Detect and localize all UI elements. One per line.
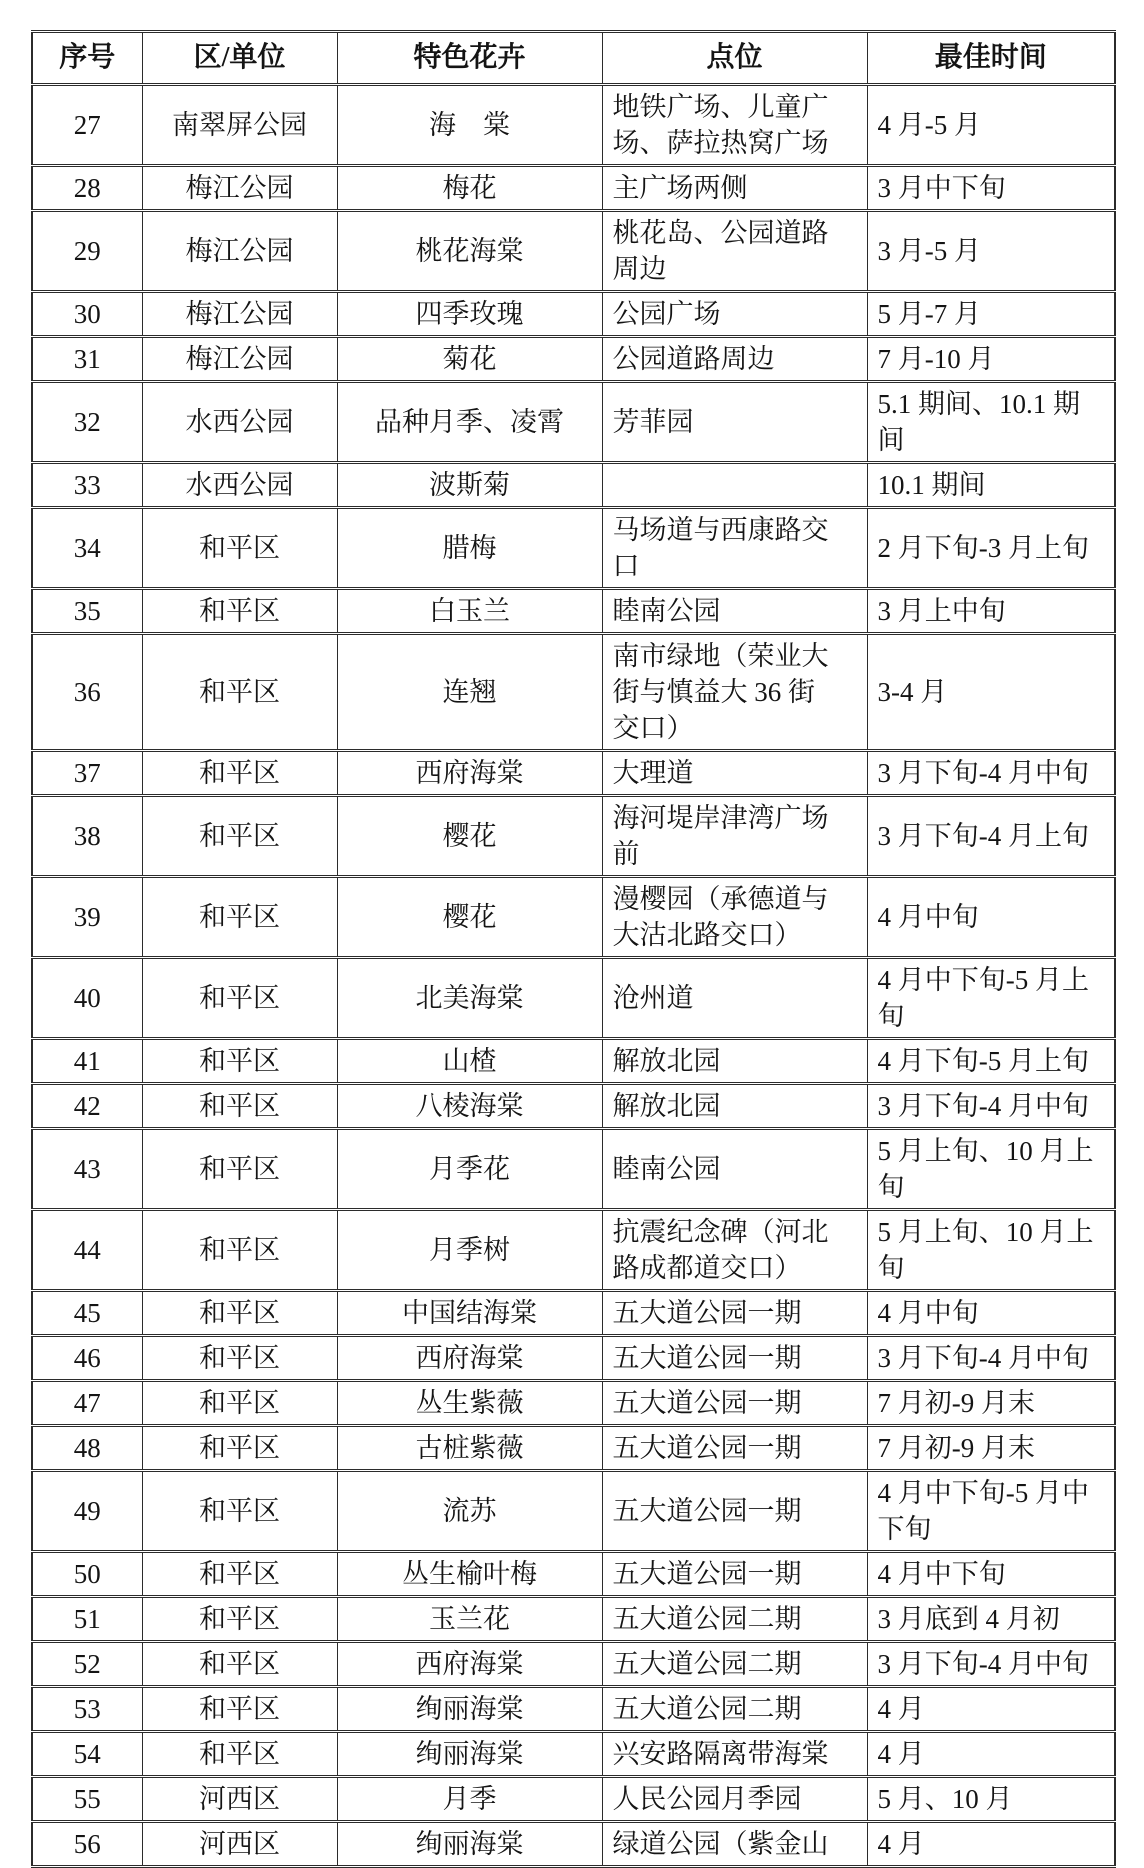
cell-location: 五大道公园一期 bbox=[602, 1426, 867, 1471]
table-row: 52和平区西府海棠五大道公园二期3 月下旬-4 月中旬 bbox=[32, 1642, 1115, 1687]
cell-unit: 梅江公园 bbox=[142, 292, 337, 337]
cell-flower: 西府海棠 bbox=[337, 751, 602, 796]
cell-location: 芳菲园 bbox=[602, 382, 867, 463]
cell-location: 解放北园 bbox=[602, 1039, 867, 1084]
cell-unit: 和平区 bbox=[142, 1687, 337, 1732]
cell-time: 3 月上中旬 bbox=[867, 589, 1115, 634]
cell-no: 52 bbox=[32, 1642, 142, 1687]
cell-time: 4 月 bbox=[867, 1732, 1115, 1777]
cell-unit: 梅江公园 bbox=[142, 211, 337, 292]
cell-time: 4 月中下旬-5 月上旬 bbox=[867, 958, 1115, 1039]
cell-location: 五大道公园二期 bbox=[602, 1597, 867, 1642]
cell-location: 解放北园 bbox=[602, 1084, 867, 1129]
column-header-unit: 区/单位 bbox=[142, 32, 337, 85]
cell-unit: 和平区 bbox=[142, 958, 337, 1039]
cell-flower: 波斯菊 bbox=[337, 463, 602, 508]
cell-time: 2 月下旬-3 月上旬 bbox=[867, 508, 1115, 589]
cell-time: 3-4 月 bbox=[867, 634, 1115, 751]
cell-no: 56 bbox=[32, 1822, 142, 1867]
table-body: 27南翠屏公园海 棠地铁广场、儿童广场、萨拉热窝广场4 月-5 月28梅江公园梅… bbox=[32, 85, 1115, 1867]
table-header-row: 序号 区/单位 特色花卉 点位 最佳时间 bbox=[32, 32, 1115, 85]
table-row: 42和平区八棱海棠解放北园3 月下旬-4 月中旬 bbox=[32, 1084, 1115, 1129]
cell-unit: 和平区 bbox=[142, 1210, 337, 1291]
table-row: 56河西区绚丽海棠绿道公园（紫金山4 月 bbox=[32, 1822, 1115, 1867]
table-row: 49和平区流苏五大道公园一期4 月中下旬-5 月中下旬 bbox=[32, 1471, 1115, 1552]
table-row: 51和平区玉兰花五大道公园二期3 月底到 4 月初 bbox=[32, 1597, 1115, 1642]
cell-no: 29 bbox=[32, 211, 142, 292]
table-row: 37和平区西府海棠大理道3 月下旬-4 月中旬 bbox=[32, 751, 1115, 796]
cell-time: 4 月中旬 bbox=[867, 1291, 1115, 1336]
cell-time: 5 月-7 月 bbox=[867, 292, 1115, 337]
cell-location: 五大道公园一期 bbox=[602, 1381, 867, 1426]
cell-time: 4 月 bbox=[867, 1822, 1115, 1867]
document-page: 序号 区/单位 特色花卉 点位 最佳时间 27南翠屏公园海 棠地铁广场、儿童广场… bbox=[0, 0, 1144, 1868]
cell-no: 30 bbox=[32, 292, 142, 337]
table-row: 48和平区古桩紫薇五大道公园一期7 月初-9 月末 bbox=[32, 1426, 1115, 1471]
cell-unit: 和平区 bbox=[142, 877, 337, 958]
table-row: 43和平区月季花睦南公园5 月上旬、10 月上旬 bbox=[32, 1129, 1115, 1210]
cell-flower: 菊花 bbox=[337, 337, 602, 382]
cell-flower: 中国结海棠 bbox=[337, 1291, 602, 1336]
cell-location: 主广场两侧 bbox=[602, 166, 867, 211]
cell-flower: 西府海棠 bbox=[337, 1336, 602, 1381]
cell-unit: 和平区 bbox=[142, 1336, 337, 1381]
cell-time: 4 月下旬-5 月上旬 bbox=[867, 1039, 1115, 1084]
cell-location: 马场道与西康路交口 bbox=[602, 508, 867, 589]
cell-flower: 丛生榆叶梅 bbox=[337, 1552, 602, 1597]
column-header-time: 最佳时间 bbox=[867, 32, 1115, 85]
cell-no: 37 bbox=[32, 751, 142, 796]
cell-no: 31 bbox=[32, 337, 142, 382]
cell-location: 大理道 bbox=[602, 751, 867, 796]
cell-location: 五大道公园二期 bbox=[602, 1687, 867, 1732]
cell-unit: 和平区 bbox=[142, 1552, 337, 1597]
cell-flower: 樱花 bbox=[337, 877, 602, 958]
cell-time: 3 月下旬-4 月上旬 bbox=[867, 796, 1115, 877]
cell-location: 南市绿地（荣业大街与慎益大 36 街交口） bbox=[602, 634, 867, 751]
cell-location: 地铁广场、儿童广场、萨拉热窝广场 bbox=[602, 85, 867, 166]
cell-location: 五大道公园一期 bbox=[602, 1291, 867, 1336]
cell-location: 睦南公园 bbox=[602, 589, 867, 634]
cell-unit: 河西区 bbox=[142, 1822, 337, 1867]
table-row: 34和平区腊梅马场道与西康路交口2 月下旬-3 月上旬 bbox=[32, 508, 1115, 589]
column-header-flower: 特色花卉 bbox=[337, 32, 602, 85]
cell-time: 3 月-5 月 bbox=[867, 211, 1115, 292]
table-row: 41和平区山楂解放北园4 月下旬-5 月上旬 bbox=[32, 1039, 1115, 1084]
table-row: 44和平区月季树抗震纪念碑（河北路成都道交口）5 月上旬、10 月上旬 bbox=[32, 1210, 1115, 1291]
flower-viewing-table: 序号 区/单位 特色花卉 点位 最佳时间 27南翠屏公园海 棠地铁广场、儿童广场… bbox=[31, 30, 1116, 1868]
cell-flower: 月季 bbox=[337, 1777, 602, 1822]
cell-no: 41 bbox=[32, 1039, 142, 1084]
cell-unit: 梅江公园 bbox=[142, 337, 337, 382]
table-row: 30梅江公园四季玫瑰公园广场5 月-7 月 bbox=[32, 292, 1115, 337]
cell-no: 32 bbox=[32, 382, 142, 463]
cell-time: 7 月-10 月 bbox=[867, 337, 1115, 382]
cell-flower: 白玉兰 bbox=[337, 589, 602, 634]
cell-location: 公园广场 bbox=[602, 292, 867, 337]
table-row: 32水西公园品种月季、凌霄芳菲园5.1 期间、10.1 期间 bbox=[32, 382, 1115, 463]
cell-time: 4 月中下旬-5 月中下旬 bbox=[867, 1471, 1115, 1552]
cell-no: 40 bbox=[32, 958, 142, 1039]
cell-location: 漫樱园（承德道与大沽北路交口） bbox=[602, 877, 867, 958]
cell-flower: 山楂 bbox=[337, 1039, 602, 1084]
table-row: 36和平区连翘南市绿地（荣业大街与慎益大 36 街交口）3-4 月 bbox=[32, 634, 1115, 751]
cell-no: 34 bbox=[32, 508, 142, 589]
cell-location: 抗震纪念碑（河北路成都道交口） bbox=[602, 1210, 867, 1291]
cell-location: 桃花岛、公园道路周边 bbox=[602, 211, 867, 292]
cell-no: 46 bbox=[32, 1336, 142, 1381]
cell-flower: 绚丽海棠 bbox=[337, 1732, 602, 1777]
cell-time: 4 月 bbox=[867, 1687, 1115, 1732]
cell-no: 49 bbox=[32, 1471, 142, 1552]
cell-location bbox=[602, 463, 867, 508]
cell-location: 五大道公园一期 bbox=[602, 1336, 867, 1381]
cell-no: 42 bbox=[32, 1084, 142, 1129]
table-row: 46和平区西府海棠五大道公园一期3 月下旬-4 月中旬 bbox=[32, 1336, 1115, 1381]
cell-no: 48 bbox=[32, 1426, 142, 1471]
cell-no: 50 bbox=[32, 1552, 142, 1597]
cell-flower: 腊梅 bbox=[337, 508, 602, 589]
table-row: 35和平区白玉兰睦南公园3 月上中旬 bbox=[32, 589, 1115, 634]
cell-flower: 樱花 bbox=[337, 796, 602, 877]
cell-no: 47 bbox=[32, 1381, 142, 1426]
cell-location: 公园道路周边 bbox=[602, 337, 867, 382]
cell-flower: 绚丽海棠 bbox=[337, 1687, 602, 1732]
cell-time: 3 月中下旬 bbox=[867, 166, 1115, 211]
table-row: 28梅江公园梅花主广场两侧3 月中下旬 bbox=[32, 166, 1115, 211]
cell-location: 沧州道 bbox=[602, 958, 867, 1039]
cell-time: 4 月-5 月 bbox=[867, 85, 1115, 166]
cell-location: 五大道公园一期 bbox=[602, 1471, 867, 1552]
cell-unit: 和平区 bbox=[142, 1381, 337, 1426]
cell-unit: 和平区 bbox=[142, 634, 337, 751]
cell-flower: 西府海棠 bbox=[337, 1642, 602, 1687]
cell-flower: 八棱海棠 bbox=[337, 1084, 602, 1129]
cell-unit: 和平区 bbox=[142, 1291, 337, 1336]
table-row: 29梅江公园桃花海棠桃花岛、公园道路周边3 月-5 月 bbox=[32, 211, 1115, 292]
cell-flower: 月季花 bbox=[337, 1129, 602, 1210]
column-header-no: 序号 bbox=[32, 32, 142, 85]
column-header-location: 点位 bbox=[602, 32, 867, 85]
cell-no: 36 bbox=[32, 634, 142, 751]
cell-time: 4 月中旬 bbox=[867, 877, 1115, 958]
cell-time: 7 月初-9 月末 bbox=[867, 1426, 1115, 1471]
cell-time: 3 月下旬-4 月中旬 bbox=[867, 751, 1115, 796]
table-row: 27南翠屏公园海 棠地铁广场、儿童广场、萨拉热窝广场4 月-5 月 bbox=[32, 85, 1115, 166]
cell-unit: 和平区 bbox=[142, 796, 337, 877]
cell-flower: 绚丽海棠 bbox=[337, 1822, 602, 1867]
cell-no: 53 bbox=[32, 1687, 142, 1732]
cell-unit: 和平区 bbox=[142, 589, 337, 634]
cell-time: 4 月中下旬 bbox=[867, 1552, 1115, 1597]
cell-unit: 和平区 bbox=[142, 1642, 337, 1687]
table-row: 55河西区月季人民公园月季园5 月、10 月 bbox=[32, 1777, 1115, 1822]
cell-time: 5 月、10 月 bbox=[867, 1777, 1115, 1822]
cell-time: 7 月初-9 月末 bbox=[867, 1381, 1115, 1426]
cell-unit: 河西区 bbox=[142, 1777, 337, 1822]
cell-no: 43 bbox=[32, 1129, 142, 1210]
cell-unit: 水西公园 bbox=[142, 463, 337, 508]
cell-location: 海河堤岸津湾广场前 bbox=[602, 796, 867, 877]
cell-location: 兴安路隔离带海棠 bbox=[602, 1732, 867, 1777]
cell-location: 睦南公园 bbox=[602, 1129, 867, 1210]
cell-flower: 古桩紫薇 bbox=[337, 1426, 602, 1471]
table-row: 31梅江公园菊花公园道路周边7 月-10 月 bbox=[32, 337, 1115, 382]
cell-time: 3 月底到 4 月初 bbox=[867, 1597, 1115, 1642]
cell-no: 54 bbox=[32, 1732, 142, 1777]
table-row: 47和平区丛生紫薇五大道公园一期7 月初-9 月末 bbox=[32, 1381, 1115, 1426]
cell-no: 33 bbox=[32, 463, 142, 508]
cell-unit: 南翠屏公园 bbox=[142, 85, 337, 166]
cell-no: 28 bbox=[32, 166, 142, 211]
table-row: 45和平区中国结海棠五大道公园一期4 月中旬 bbox=[32, 1291, 1115, 1336]
cell-flower: 连翘 bbox=[337, 634, 602, 751]
cell-flower: 月季树 bbox=[337, 1210, 602, 1291]
cell-unit: 和平区 bbox=[142, 1039, 337, 1084]
cell-flower: 丛生紫薇 bbox=[337, 1381, 602, 1426]
cell-time: 3 月下旬-4 月中旬 bbox=[867, 1642, 1115, 1687]
cell-no: 51 bbox=[32, 1597, 142, 1642]
cell-flower: 桃花海棠 bbox=[337, 211, 602, 292]
cell-unit: 和平区 bbox=[142, 1597, 337, 1642]
table-row: 40和平区北美海棠沧州道4 月中下旬-5 月上旬 bbox=[32, 958, 1115, 1039]
cell-time: 3 月下旬-4 月中旬 bbox=[867, 1084, 1115, 1129]
cell-time: 5.1 期间、10.1 期间 bbox=[867, 382, 1115, 463]
cell-no: 39 bbox=[32, 877, 142, 958]
cell-time: 5 月上旬、10 月上旬 bbox=[867, 1210, 1115, 1291]
cell-flower: 玉兰花 bbox=[337, 1597, 602, 1642]
table-row: 33水西公园波斯菊10.1 期间 bbox=[32, 463, 1115, 508]
cell-flower: 梅花 bbox=[337, 166, 602, 211]
cell-location: 五大道公园一期 bbox=[602, 1552, 867, 1597]
cell-location: 五大道公园二期 bbox=[602, 1642, 867, 1687]
cell-time: 3 月下旬-4 月中旬 bbox=[867, 1336, 1115, 1381]
cell-flower: 四季玫瑰 bbox=[337, 292, 602, 337]
cell-unit: 和平区 bbox=[142, 1426, 337, 1471]
table-row: 54和平区绚丽海棠兴安路隔离带海棠4 月 bbox=[32, 1732, 1115, 1777]
cell-no: 38 bbox=[32, 796, 142, 877]
cell-flower: 流苏 bbox=[337, 1471, 602, 1552]
cell-no: 27 bbox=[32, 85, 142, 166]
cell-time: 5 月上旬、10 月上旬 bbox=[867, 1129, 1115, 1210]
cell-no: 55 bbox=[32, 1777, 142, 1822]
cell-flower: 品种月季、凌霄 bbox=[337, 382, 602, 463]
cell-unit: 和平区 bbox=[142, 508, 337, 589]
table-row: 39和平区樱花漫樱园（承德道与大沽北路交口）4 月中旬 bbox=[32, 877, 1115, 958]
table-row: 38和平区樱花海河堤岸津湾广场前3 月下旬-4 月上旬 bbox=[32, 796, 1115, 877]
cell-location: 绿道公园（紫金山 bbox=[602, 1822, 867, 1867]
cell-unit: 和平区 bbox=[142, 1084, 337, 1129]
cell-flower: 北美海棠 bbox=[337, 958, 602, 1039]
cell-unit: 和平区 bbox=[142, 1129, 337, 1210]
table-row: 50和平区丛生榆叶梅五大道公园一期4 月中下旬 bbox=[32, 1552, 1115, 1597]
cell-location: 人民公园月季园 bbox=[602, 1777, 867, 1822]
table-row: 53和平区绚丽海棠五大道公园二期4 月 bbox=[32, 1687, 1115, 1732]
cell-unit: 和平区 bbox=[142, 751, 337, 796]
cell-time: 10.1 期间 bbox=[867, 463, 1115, 508]
cell-flower: 海 棠 bbox=[337, 85, 602, 166]
cell-no: 35 bbox=[32, 589, 142, 634]
cell-unit: 和平区 bbox=[142, 1471, 337, 1552]
cell-unit: 和平区 bbox=[142, 1732, 337, 1777]
cell-unit: 梅江公园 bbox=[142, 166, 337, 211]
cell-no: 44 bbox=[32, 1210, 142, 1291]
cell-unit: 水西公园 bbox=[142, 382, 337, 463]
cell-no: 45 bbox=[32, 1291, 142, 1336]
